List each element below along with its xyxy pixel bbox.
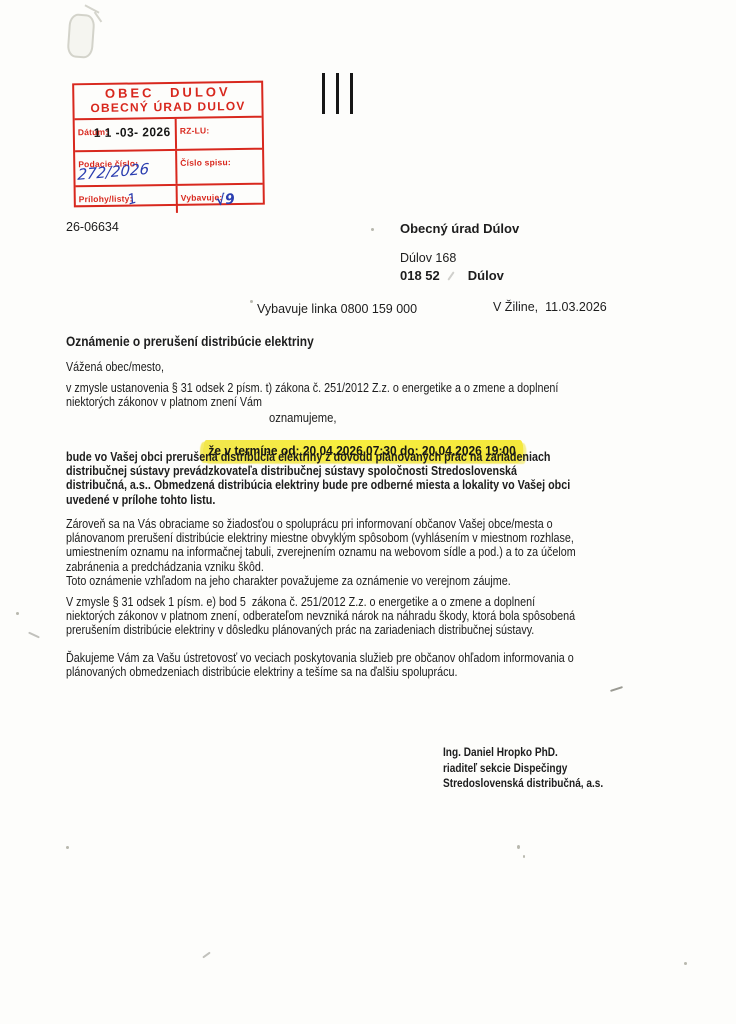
- stamp-cell-podacie: Podacie číslo: 272/2026: [75, 151, 177, 185]
- stamp-cell-rzlu: RZ-LU:: [177, 118, 262, 149]
- collation-marks: [322, 73, 354, 114]
- stamp-cell-spisu: Číslo spisu:: [177, 150, 262, 184]
- scan-artifact: [66, 846, 69, 849]
- scan-artifact: [371, 228, 374, 231]
- scanned-letter-page: OBEC DULOV OBECNÝ ÚRAD DULOV Dátum: 1 1 …: [0, 0, 736, 1024]
- interruption-paragraph: bude vo Vašej obci prerušená distribúcia…: [66, 450, 570, 507]
- stamp-row-podacie: Podacie číslo: 272/2026 Číslo spisu:: [75, 150, 262, 188]
- stamp-org-line2: OBECNÝ ÚRAD DULOV: [74, 99, 261, 117]
- scan-artifact: [684, 962, 687, 965]
- stamp-spisu-label: Číslo spisu:: [180, 157, 231, 168]
- stamp-row-prilohy: Prílohy/listy: 1 Vybavuje: √9: [76, 185, 263, 215]
- stamp-prilohy-label: Prílohy/listy:: [79, 194, 133, 205]
- stamp-header: OBEC DULOV OBECNÝ ÚRAD DULOV: [74, 83, 261, 121]
- staple-wisp: [84, 4, 99, 13]
- collation-bar: [336, 73, 339, 114]
- scan-artifact: [202, 952, 211, 959]
- scan-artifact: [517, 845, 520, 849]
- stamp-rzlu-label: RZ-LU:: [180, 125, 210, 135]
- scan-artifact: [28, 632, 40, 639]
- place-and-date: V Žiline, 11.03.2026: [493, 300, 607, 314]
- letter-title: Oznámenie o prerušení distribúcie elektr…: [66, 334, 314, 350]
- stamp-cell-vybavuje: Vybavuje: √9: [178, 185, 263, 213]
- recipient-zip: 018 52: [400, 268, 440, 283]
- recipient-city-line: 018 52Dúlov: [400, 268, 504, 283]
- scan-artifact: [16, 612, 19, 615]
- stamp-cell-prilohy: Prílohy/listy: 1: [76, 186, 178, 214]
- scan-artifact: [250, 300, 253, 303]
- vybavuje-initials-handwriting: √9: [215, 191, 236, 209]
- contact-line: Vybavuje linka 0800 159 000: [257, 302, 417, 316]
- scan-artifact: [523, 855, 525, 858]
- stamp-date-value: 1 1 -03- 2026: [94, 125, 171, 140]
- signature-block: Ing. Daniel Hropko PhD. riaditeľ sekcie …: [443, 745, 603, 792]
- stamp-cell-datum: Dátum: 1 1 -03- 2026: [75, 119, 177, 150]
- prilohy-count-handwriting: 1: [126, 191, 139, 209]
- cooperation-paragraph: Zároveň sa na Vás obraciame so žiadosťou…: [66, 517, 576, 588]
- registry-stamp: OBEC DULOV OBECNÝ ÚRAD DULOV Dátum: 1 1 …: [72, 81, 265, 208]
- collation-bar: [322, 73, 325, 114]
- thanks-paragraph: Ďakujeme Vám za Vašu ústretovosť vo veci…: [66, 651, 574, 679]
- salutation: Vážená obec/mesto,: [66, 360, 164, 374]
- scan-artifact: [610, 686, 623, 692]
- intro-paragraph: v zmysle ustanovenia § 31 odsek 2 písm. …: [66, 381, 558, 409]
- recipient-street: Dúlov 168: [400, 251, 456, 265]
- staple-mark: [66, 13, 95, 59]
- reference-number: 26-06634: [66, 220, 119, 234]
- stamp-row-date: Dátum: 1 1 -03- 2026 RZ-LU:: [75, 118, 262, 153]
- liability-paragraph: V zmysle § 31 odsek 1 písm. e) bod 5 zák…: [66, 595, 575, 638]
- collation-bar: [350, 73, 353, 114]
- recipient-name: Obecný úrad Dúlov: [400, 221, 519, 236]
- recipient-city: Dúlov: [468, 268, 504, 283]
